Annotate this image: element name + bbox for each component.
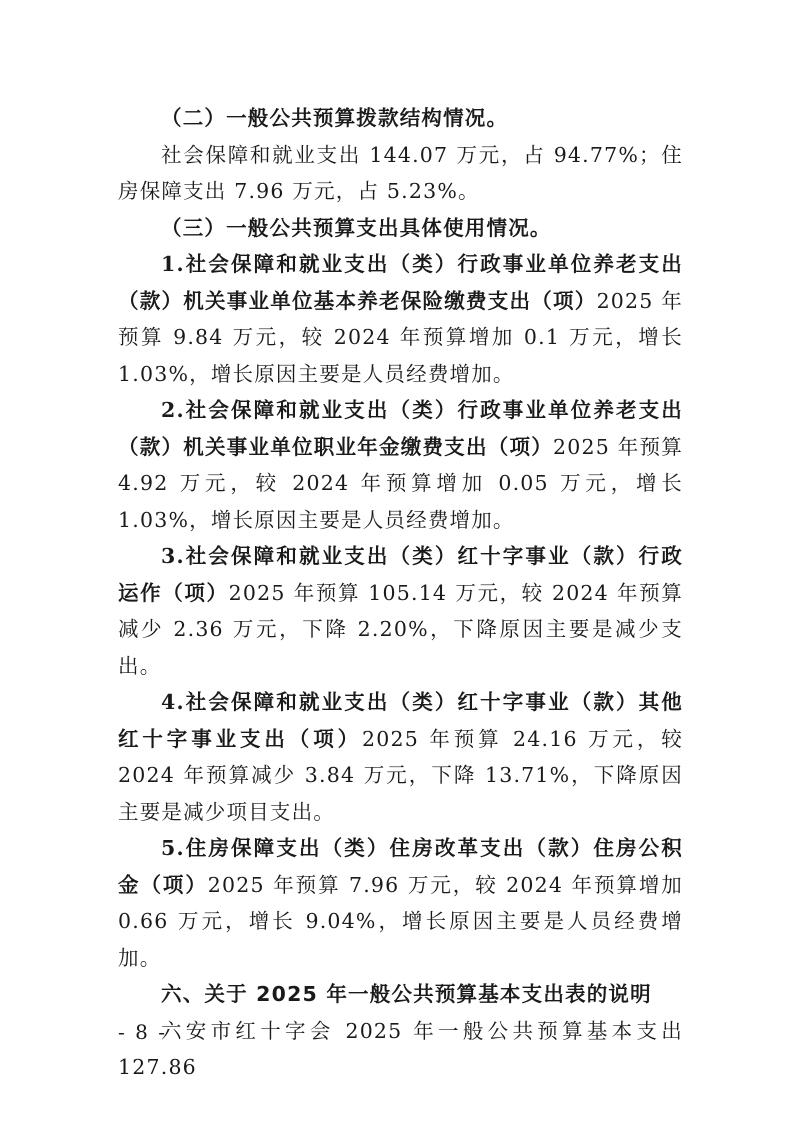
item-3: 3.社会保障和就业支出（类）红十字事业（款）行政运作（项）2025 年预算 10… — [118, 538, 683, 684]
section-6-body: 六安市红十字会 2025 年一般公共预算基本支出 127.86 — [118, 1013, 683, 1086]
item-1: 1.社会保障和就业支出（类）行政事业单位养老支出（款）机关事业单位基本养老保险缴… — [118, 246, 683, 392]
item-2: 2.社会保障和就业支出（类）行政事业单位养老支出（款）机关事业单位职业年金缴费支… — [118, 392, 683, 538]
item-5: 5.住房保障支出（类）住房改革支出（款）住房公积金（项）2025 年预算 7.9… — [118, 830, 683, 976]
section-6-heading: 六、关于 2025 年一般公共预算基本支出表的说明 — [118, 976, 683, 1013]
item-4: 4.社会保障和就业支出（类）红十字事业（款）其他红十字事业支出（项）2025 年… — [118, 684, 683, 830]
section-3-heading: （三）一般公共预算支出具体使用情况。 — [118, 210, 683, 247]
section-2-heading: （二）一般公共预算拨款结构情况。 — [118, 100, 683, 137]
document-page: （二）一般公共预算拨款结构情况。 社会保障和就业支出 144.07 万元，占 9… — [118, 100, 683, 1086]
page-number: - 8 - — [118, 1020, 167, 1044]
section-2-body: 社会保障和就业支出 144.07 万元，占 94.77%；住房保障支出 7.96… — [118, 137, 683, 210]
